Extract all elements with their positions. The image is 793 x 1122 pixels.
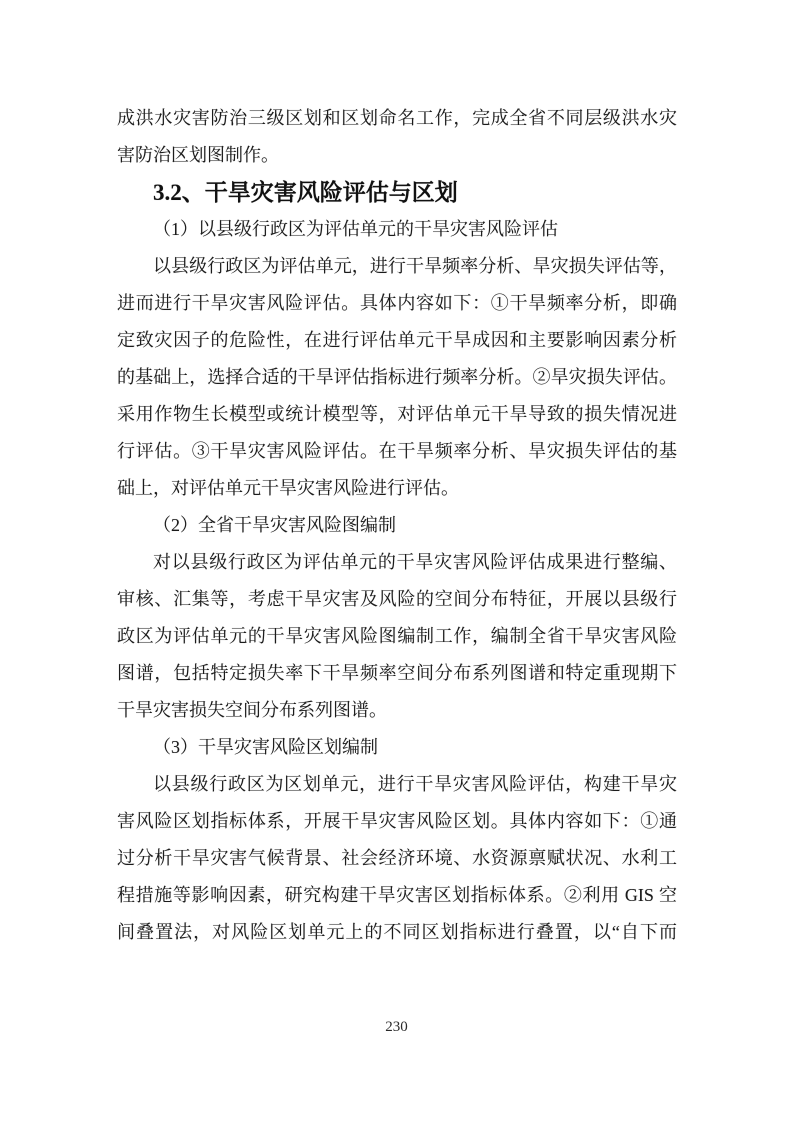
text-line: 定致灾因子的危险性，在进行评估单元干旱成因和主要影响因素分析 <box>117 322 677 359</box>
subsection-label: （2）全省干旱灾害风险图编制 <box>117 507 677 544</box>
text-line: 行评估。③干旱灾害风险评估。在干旱频率分析、旱灾损失评估的基 <box>117 433 677 470</box>
text-line: 进而进行干旱灾害风险评估。具体内容如下：①干旱频率分析，即确 <box>117 285 677 322</box>
text-line: 成洪水灾害防治三级区划和区划命名工作，完成全省不同层级洪水灾 <box>117 100 677 137</box>
document-page: 成洪水灾害防治三级区划和区划命名工作，完成全省不同层级洪水灾 害防治区划图制作。… <box>0 0 793 1122</box>
text-line: 采用作物生长模型或统计模型等，对评估单元干旱导致的损失情况进 <box>117 396 677 433</box>
text-line: 以县级行政区为区划单元，进行干旱灾害风险评估，构建干旱灾 <box>117 766 677 803</box>
text-line: 图谱，包括特定损失率下干旱频率空间分布系列图谱和特定重现期下 <box>117 655 677 692</box>
subsection-label: （1）以县级行政区为评估单元的干旱灾害风险评估 <box>117 211 677 248</box>
text-line: 过分析干旱灾害气候背景、社会经济环境、水资源禀赋状况、水利工 <box>117 840 677 877</box>
subsection-label: （3）干旱灾害风险区划编制 <box>117 729 677 766</box>
text-line: 以县级行政区为评估单元，进行干旱频率分析、旱灾损失评估等， <box>117 248 677 285</box>
text-line: 政区为评估单元的干旱灾害风险图编制工作，编制全省干旱灾害风险 <box>117 618 677 655</box>
text-line: 础上，对评估单元干旱灾害风险进行评估。 <box>117 470 677 507</box>
text-line: 的基础上，选择合适的干旱评估指标进行频率分析。②旱灾损失评估。 <box>117 359 677 396</box>
text-line: 程措施等影响因素，研究构建干旱灾害区划指标体系。②利用 GIS 空 <box>117 877 677 914</box>
text-line: 审核、汇集等，考虑干旱灾害及风险的空间分布特征，开展以县级行 <box>117 581 677 618</box>
text-line: 对以县级行政区为评估单元的干旱灾害风险评估成果进行整编、 <box>117 544 677 581</box>
page-number: 230 <box>0 1016 793 1038</box>
text-line: 害风险区划指标体系，开展干旱灾害风险区划。具体内容如下：①通 <box>117 803 677 840</box>
text-line: 干旱灾害损失空间分布系列图谱。 <box>117 692 677 729</box>
text-block: 成洪水灾害防治三级区划和区划命名工作，完成全省不同层级洪水灾 害防治区划图制作。… <box>117 100 677 951</box>
text-line: 间叠置法，对风险区划单元上的不同区划指标进行叠置，以“自下而 <box>117 914 677 951</box>
text-line: 害防治区划图制作。 <box>117 137 677 174</box>
section-heading: 3.2、干旱灾害风险评估与区划 <box>117 174 677 211</box>
